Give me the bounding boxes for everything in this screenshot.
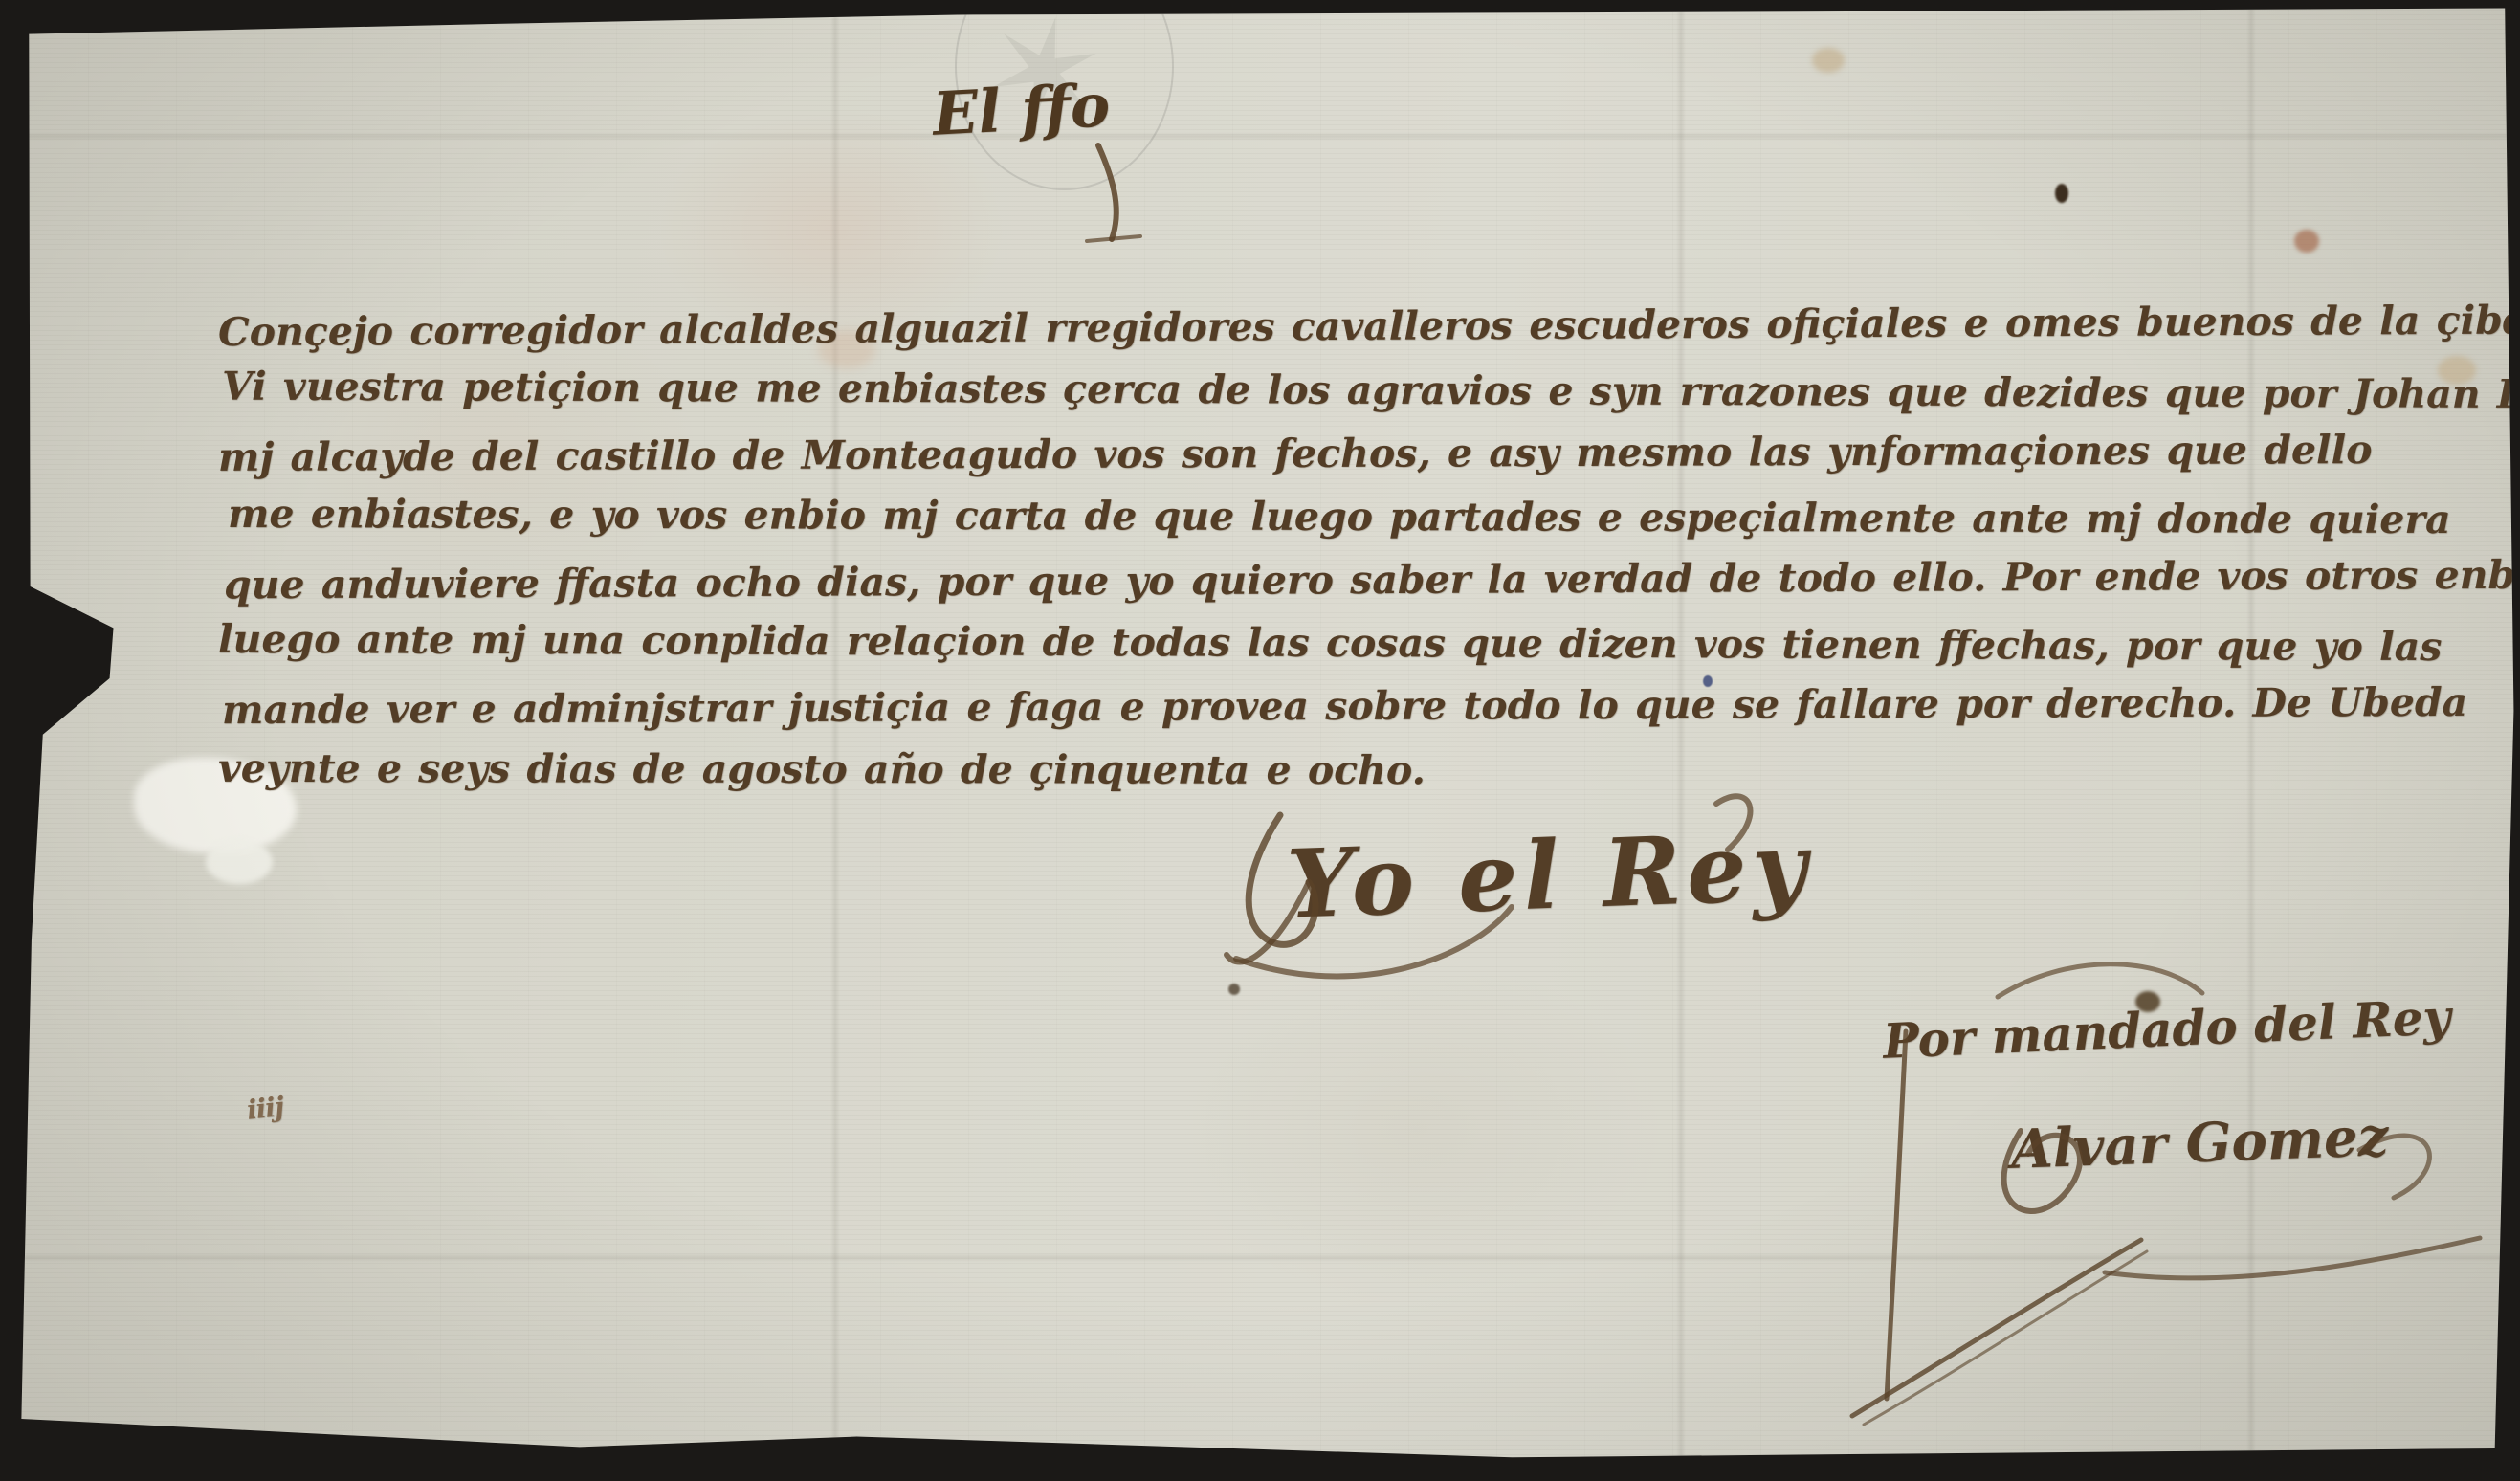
paper-stain [1812,48,1845,73]
manuscript-line: veynte e seys dias de agosto año de çinq… [218,745,1426,793]
horizontal-fold-crease [0,1253,2520,1262]
manuscript-line: Conçejo corregidor alcaldes alguazil rre… [218,296,2520,355]
horizontal-fold-crease [0,132,2520,141]
ink-stain [1228,984,1240,995]
manuscript-line: mj alcayde del castillo de Monteagudo vo… [218,427,2373,480]
authorization-line: Por mandado del Rey [1882,988,2452,1070]
manuscript-line: luego ante mj una conplida relaçion de t… [218,616,2442,670]
manuscript-paper-sheet: ✶ El ffo Conçejo corregidor alcaldes alg… [0,0,2520,1481]
manuscript-line: Vi vuestra petiçion que me enbiastes çer… [222,364,2520,418]
ink-stain [2294,230,2319,253]
ink-stain [2055,184,2068,203]
manuscript-line: mande ver e adminjstrar justiçia e faga … [222,679,2467,733]
scanned-document-photo: ✶ El ffo Conçejo corregidor alcaldes alg… [0,0,2520,1481]
secretary-signature: Alvar Gomez [2010,1105,2389,1182]
margin-tally-mark: iiij [245,1091,284,1126]
manuscript-line: que anduviere ffasta ocho dias, por que … [224,552,2520,608]
paper-damage-patch [206,840,273,884]
docket-mark: El ffo [931,70,1112,149]
royal-signature: Yo el Rey [1285,811,1814,939]
manuscript-line: me enbiastes, e yo vos enbio mj carta de… [228,491,2451,542]
